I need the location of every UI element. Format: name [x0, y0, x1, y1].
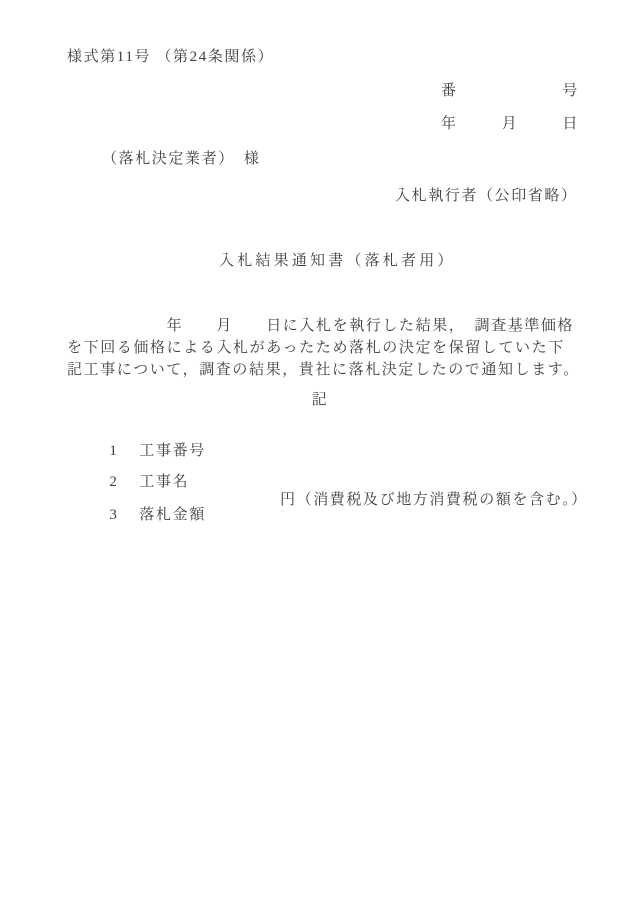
doc-number-line: 番 号 — [441, 84, 579, 99]
date-year-label: 年 — [441, 117, 458, 132]
list-item-number: 2 — [109, 475, 139, 490]
list-item-label: 工事名 — [139, 474, 189, 490]
doc-number-unit: 号 — [562, 84, 579, 99]
list-item-number: 1 — [109, 444, 139, 459]
date-line: 年 月 日 — [441, 117, 579, 132]
doc-number-label: 番 — [441, 84, 458, 99]
note-marker: 記 — [67, 393, 573, 408]
body-paragraph-line: 年 月 日に入札を執行した結果， 調査基準価格 — [67, 319, 587, 334]
sender-line: 入札執行者（公印省略） — [395, 189, 578, 204]
body-paragraph-line: 記工事について，調査の結果，貴社に落札決定したので通知します。 — [67, 363, 587, 378]
body-paragraph-line: を下回る価格による入札があったため落札の決定を保留していた下 — [67, 341, 587, 356]
list-item-label: 工事番号 — [139, 443, 205, 459]
document-title: 入札結果通知書（落札者用） — [219, 254, 456, 269]
list-item-winning-bid-amount: 3落札金額 円（消費税及び地方消費税の額を含む。） — [88, 493, 206, 553]
date-month-label: 月 — [502, 117, 519, 132]
date-day-label: 日 — [562, 117, 579, 132]
list-item-suffix: 円（消費税及び地方消費税の額を含む。） — [280, 493, 588, 508]
list-item-number: 3 — [109, 508, 139, 523]
form-number: 様式第11号 （第24条関係） — [67, 50, 274, 65]
recipient-line: （落札決定業者） 様 — [102, 152, 261, 167]
list-item-label: 落札金額 — [139, 507, 205, 523]
document-page: 様式第11号 （第24条関係） 番 号 年 月 日 （落札決定業者） 様 入札執… — [0, 0, 630, 915]
